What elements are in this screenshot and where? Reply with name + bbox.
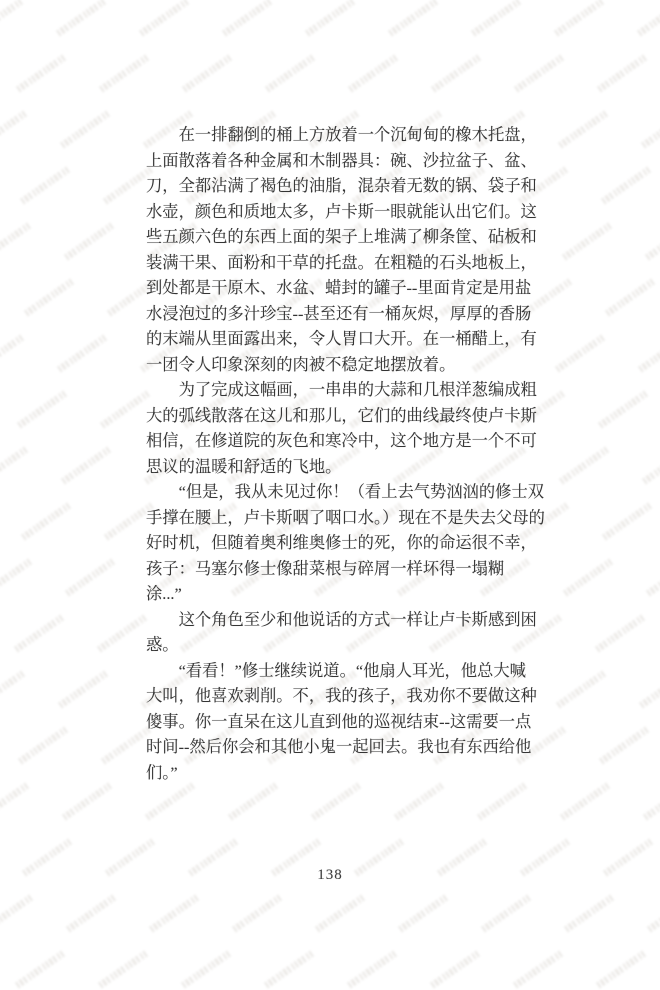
watermark-streak <box>646 559 660 597</box>
watermark-streak <box>0 447 28 485</box>
watermark-streak <box>61 447 111 485</box>
watermark-streak <box>14 615 64 653</box>
watermark-streak <box>64 223 114 261</box>
document-page: 在一排翻倒的桶上方放着一个沉甸甸的橡木托盘，上面散落着各种金属和木制器具：碗、沙… <box>0 0 660 990</box>
watermark-streak <box>149 895 199 933</box>
watermark-streak <box>430 951 480 989</box>
watermark-streak <box>637 0 660 36</box>
watermark-streak <box>228 783 278 821</box>
watermark-streak <box>398 895 448 933</box>
watermark-streak <box>265 55 315 93</box>
watermark-streak <box>139 0 189 36</box>
watermark-streak <box>17 391 67 429</box>
text-line: 这个角色至少和他说话的方式一样让卢卡斯感到困 <box>146 607 586 633</box>
text-line: 到处都是干原木、水盆、蜡封的罐子--里面肯定是用盐 <box>146 275 586 301</box>
watermark-streak <box>513 951 563 989</box>
watermark-streak <box>305 0 355 36</box>
watermark-streak <box>642 447 660 485</box>
page-number: 138 <box>317 867 343 883</box>
watermark-streak <box>182 55 232 93</box>
watermark-streak <box>388 0 438 36</box>
text-line: “看看！”修士继续说道。“他扇人耳光，他总大喊 <box>146 658 586 684</box>
watermark-streak <box>643 783 660 821</box>
text-line: 时间--然后你会和其他小鬼一起回去。我也有东西给他 <box>146 734 586 760</box>
watermark-streak <box>311 783 361 821</box>
watermark-streak <box>222 0 272 36</box>
watermark-streak <box>605 279 655 317</box>
text-line: “但是，我从未见过你！（看上去气势汹汹的修士双 <box>146 479 586 505</box>
watermark-streak <box>57 335 107 373</box>
watermark-streak <box>641 111 660 149</box>
watermark-streak <box>599 727 649 765</box>
watermark-streak <box>21 503 71 541</box>
text-line: 傻事。你一直呆在这儿直到他的巡视结束--这需要一点 <box>146 709 586 735</box>
watermark-streak <box>0 783 29 821</box>
watermark-streak <box>97 615 147 653</box>
text-line: 的末端从里面露出来，令人胃口大开。在一桶醋上，有 <box>146 326 586 352</box>
paragraph: 这个角色至少和他说话的方式一样让卢卡斯感到困惑。 <box>146 607 586 658</box>
watermark-streak <box>99 55 149 93</box>
text-line: 相信，在修道院的灰色和寒冷中，这个地方是一个不可 <box>146 428 586 454</box>
watermark-streak <box>554 0 604 36</box>
text-line: 涂...” <box>146 581 586 607</box>
watermark-streak <box>564 895 614 933</box>
text-line: 一团令人印象深刻的肉被不稳定地摆放着。 <box>146 352 586 378</box>
watermark-streak <box>15 951 65 989</box>
watermark-streak <box>0 335 24 373</box>
text-line: 水浸泡过的多汁珍宝--甚至还有一桶灰烬，厚厚的香肠 <box>146 301 586 327</box>
text-line: 大的弧线散落在这儿和那儿，它们的曲线最终使卢卡斯 <box>146 403 586 429</box>
watermark-streak <box>65 559 115 597</box>
text-line: 刀，全都沾满了褐色的油脂，混杂着无数的锅、袋子和 <box>146 173 586 199</box>
watermark-streak <box>477 783 527 821</box>
watermark-streak <box>18 727 68 765</box>
paragraph: 为了完成这幅画，一串串的大蒜和几根洋葱编成粗大的弧线散落在这儿和那儿，它们的曲线… <box>146 377 586 479</box>
watermark-streak <box>0 559 32 597</box>
paragraph: 在一排翻倒的桶上方放着一个沉甸甸的橡木托盘，上面散落着各种金属和木制器具：碗、沙… <box>146 122 586 377</box>
text-line: 思议的温暖和舒适的飞地。 <box>146 454 586 480</box>
watermark-streak <box>0 671 25 709</box>
watermark-streak <box>471 0 521 36</box>
watermark-streak <box>595 615 645 653</box>
watermark-streak <box>431 55 481 93</box>
watermark-streak <box>315 895 365 933</box>
watermark-streak <box>596 951 646 989</box>
text-line: 们。” <box>146 760 586 786</box>
text-line: 装满干果、面粉和干草的托盘。在粗糙的石头地板上， <box>146 250 586 276</box>
text-line: 些五颜六色的东西上面的架子上堆满了柳条筐、砧板和 <box>146 224 586 250</box>
watermark-streak <box>347 951 397 989</box>
watermark-streak <box>481 895 531 933</box>
watermark-streak <box>60 111 110 149</box>
text-line: 手撑在腰上，卢卡斯咽了咽口水。）现在不是失去父母的 <box>146 505 586 531</box>
watermark-streak <box>514 55 564 93</box>
watermark-streak <box>101 727 151 765</box>
watermark-streak <box>598 391 648 429</box>
watermark-streak <box>394 783 444 821</box>
watermark-streak <box>560 783 610 821</box>
watermark-streak <box>645 223 660 261</box>
paragraph: “看看！”修士继续说道。“他扇人耳光，他总大喊大叫，他喜欢剥削。不，我的孩子，我… <box>146 658 586 786</box>
watermark-streak <box>56 0 106 36</box>
text-line: 上面散落着各种金属和木制器具：碗、沙拉盆子、盆、 <box>146 148 586 174</box>
watermark-streak <box>181 951 231 989</box>
watermark-streak <box>16 55 66 93</box>
watermark-streak <box>0 0 23 36</box>
watermark-streak <box>98 951 148 989</box>
watermark-streak <box>601 167 651 205</box>
text-line: 为了完成这幅画，一串串的大蒜和几根洋葱编成粗 <box>146 377 586 403</box>
watermark-streak <box>0 223 31 261</box>
watermark-streak <box>639 671 660 709</box>
text-line: 好时机，但随着奥利维奥修士的死，你的命运很不幸， <box>146 530 586 556</box>
text-line: 在一排翻倒的桶上方放着一个沉甸甸的橡木托盘， <box>146 122 586 148</box>
watermark-streak <box>145 783 195 821</box>
page-footer: 138 <box>0 866 660 884</box>
watermark-streak <box>0 111 27 149</box>
text-line: 孩子：马塞尔修士像甜菜根与碎屑一样坏得一塌糊 <box>146 556 586 582</box>
watermark-streak <box>62 783 112 821</box>
text-line: 水壶，颜色和质地太多，卢卡斯一眼就能认出它们。这 <box>146 199 586 225</box>
watermark-streak <box>647 895 660 933</box>
watermark-streak <box>58 671 108 709</box>
watermark-streak <box>232 895 282 933</box>
watermark-streak <box>348 55 398 93</box>
watermark-streak <box>100 391 150 429</box>
text-line: 惑。 <box>146 632 586 658</box>
watermark-streak <box>20 167 70 205</box>
body-text: 在一排翻倒的桶上方放着一个沉甸甸的橡木托盘，上面散落着各种金属和木制器具：碗、沙… <box>146 122 586 785</box>
watermark-streak <box>66 895 116 933</box>
watermark-streak <box>264 951 314 989</box>
watermark-streak <box>0 895 33 933</box>
text-line: 大叫，他喜欢剥削。不，我的孩子，我劝你不要做这种 <box>146 683 586 709</box>
watermark-streak <box>597 55 647 93</box>
watermark-streak <box>602 503 652 541</box>
watermark-streak <box>24 279 74 317</box>
paragraph: “但是，我从未见过你！（看上去气势汹汹的修士双手撑在腰上，卢卡斯咽了咽口水。）现… <box>146 479 586 607</box>
watermark-streak <box>638 335 660 373</box>
